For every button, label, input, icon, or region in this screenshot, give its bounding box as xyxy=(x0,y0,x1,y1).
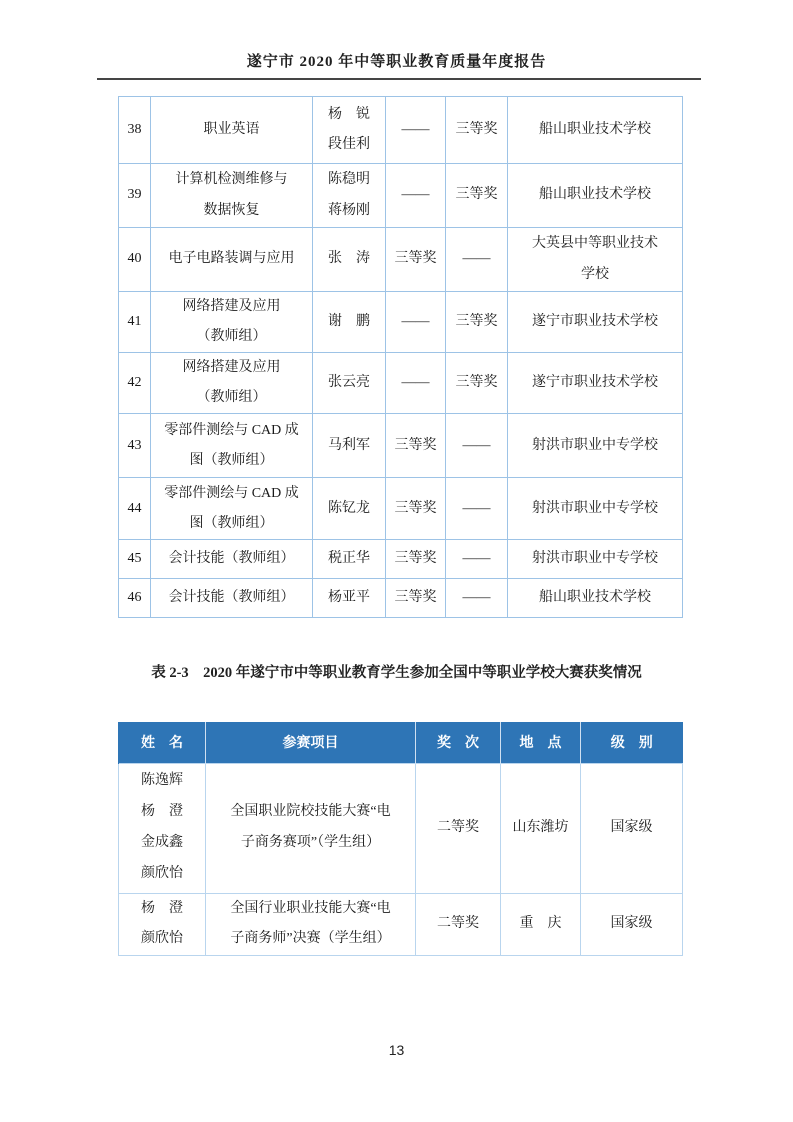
school-cell: 船山职业技术学校 xyxy=(508,579,683,618)
school-cell: 射洪市职业中专学校 xyxy=(508,414,683,478)
event-cell: 职业英语 xyxy=(151,97,313,164)
award-a-cell: 三等奖 xyxy=(386,478,446,540)
name-cell: 陈稳明 蒋杨刚 xyxy=(313,164,386,228)
header-award: 奖 次 xyxy=(416,722,501,763)
name-cell: 谢 鹏 xyxy=(313,292,386,353)
name-cell: 张 涛 xyxy=(313,228,386,292)
table-caption: 表 2-3 2020 年遂宁市中等职业教育学生参加全国中等职业学校大赛获奖情况 xyxy=(0,661,793,682)
table-row: 45 会计技能（教师组） 税正华 三等奖 —— 射洪市职业中专学校 xyxy=(119,540,683,579)
school-cell: 遂宁市职业技术学校 xyxy=(508,353,683,414)
header-name: 姓 名 xyxy=(119,722,206,763)
names-cell: 陈逸辉 杨 澄 金成鑫 颜欣怡 xyxy=(119,763,206,893)
award-b-cell: 三等奖 xyxy=(446,97,508,164)
header-divider xyxy=(97,78,701,80)
school-cell: 船山职业技术学校 xyxy=(508,164,683,228)
award-a-cell: 三等奖 xyxy=(386,228,446,292)
award-a-cell: —— xyxy=(386,164,446,228)
name-cell: 税正华 xyxy=(313,540,386,579)
award-a-cell: 三等奖 xyxy=(386,540,446,579)
row-number-cell: 41 xyxy=(119,292,151,353)
row-number-cell: 39 xyxy=(119,164,151,228)
table-row: 46 会计技能（教师组） 杨亚平 三等奖 —— 船山职业技术学校 xyxy=(119,579,683,618)
event-cell: 会计技能（教师组） xyxy=(151,540,313,579)
table-row: 38 职业英语 杨 锐 段佳利 —— 三等奖 船山职业技术学校 xyxy=(119,97,683,164)
event-cell: 零部件测绘与 CAD 成 图（教师组） xyxy=(151,414,313,478)
place-cell: 山东潍坊 xyxy=(501,763,581,893)
table-row: 陈逸辉 杨 澄 金成鑫 颜欣怡 全国职业院校技能大赛“电 子商务赛项”（学生组）… xyxy=(119,763,683,893)
table-header-row: 姓 名 参赛项目 奖 次 地 点 级 别 xyxy=(119,722,683,763)
award-b-cell: —— xyxy=(446,540,508,579)
row-number-cell: 44 xyxy=(119,478,151,540)
name-cell: 杨 锐 段佳利 xyxy=(313,97,386,164)
award-cell: 二等奖 xyxy=(416,763,501,893)
school-cell: 射洪市职业中专学校 xyxy=(508,540,683,579)
provincial-award-table: 38 职业英语 杨 锐 段佳利 —— 三等奖 船山职业技术学校 39 计算机检测… xyxy=(118,96,683,618)
table-row: 39 计算机检测维修与 数据恢复 陈稳明 蒋杨刚 —— 三等奖 船山职业技术学校 xyxy=(119,164,683,228)
school-cell: 大英县中等职业技术 学校 xyxy=(508,228,683,292)
event-cell: 全国行业职业技能大赛“电 子商务师”决赛（学生组） xyxy=(206,893,416,956)
event-cell: 电子电路装调与应用 xyxy=(151,228,313,292)
table-row: 40 电子电路装调与应用 张 涛 三等奖 —— 大英县中等职业技术 学校 xyxy=(119,228,683,292)
table-row: 43 零部件测绘与 CAD 成 图（教师组） 马利军 三等奖 —— 射洪市职业中… xyxy=(119,414,683,478)
row-number-cell: 42 xyxy=(119,353,151,414)
award-cell: 二等奖 xyxy=(416,893,501,956)
name-cell: 陈钇龙 xyxy=(313,478,386,540)
award-b-cell: —— xyxy=(446,414,508,478)
award-b-cell: 三等奖 xyxy=(446,164,508,228)
header-event: 参赛项目 xyxy=(206,722,416,763)
award-b-cell: —— xyxy=(446,579,508,618)
name-cell: 杨亚平 xyxy=(313,579,386,618)
name-cell: 张云亮 xyxy=(313,353,386,414)
event-cell: 计算机检测维修与 数据恢复 xyxy=(151,164,313,228)
event-cell: 会计技能（教师组） xyxy=(151,579,313,618)
row-number-cell: 40 xyxy=(119,228,151,292)
row-number-cell: 38 xyxy=(119,97,151,164)
award-a-cell: —— xyxy=(386,353,446,414)
school-cell: 遂宁市职业技术学校 xyxy=(508,292,683,353)
award-b-cell: 三等奖 xyxy=(446,292,508,353)
level-cell: 国家级 xyxy=(581,763,683,893)
event-cell: 网络搭建及应用 （教师组） xyxy=(151,353,313,414)
table-row: 41 网络搭建及应用 （教师组） 谢 鹏 —— 三等奖 遂宁市职业技术学校 xyxy=(119,292,683,353)
event-cell: 网络搭建及应用 （教师组） xyxy=(151,292,313,353)
award-b-cell: 三等奖 xyxy=(446,353,508,414)
document-header-title: 遂宁市 2020 年中等职业教育质量年度报告 xyxy=(0,50,793,71)
level-cell: 国家级 xyxy=(581,893,683,956)
header-place: 地 点 xyxy=(501,722,581,763)
row-number-cell: 43 xyxy=(119,414,151,478)
award-b-cell: —— xyxy=(446,228,508,292)
header-level: 级 别 xyxy=(581,722,683,763)
table-row: 44 零部件测绘与 CAD 成 图（教师组） 陈钇龙 三等奖 —— 射洪市职业中… xyxy=(119,478,683,540)
award-a-cell: —— xyxy=(386,97,446,164)
award-b-cell: —— xyxy=(446,478,508,540)
award-a-cell: —— xyxy=(386,292,446,353)
name-cell: 马利军 xyxy=(313,414,386,478)
national-competition-table: 姓 名 参赛项目 奖 次 地 点 级 别 陈逸辉 杨 澄 金成鑫 颜欣怡 全国职… xyxy=(118,722,683,956)
award-a-cell: 三等奖 xyxy=(386,579,446,618)
event-cell: 全国职业院校技能大赛“电 子商务赛项”（学生组） xyxy=(206,763,416,893)
names-cell: 杨 澄 颜欣怡 xyxy=(119,893,206,956)
place-cell: 重 庆 xyxy=(501,893,581,956)
row-number-cell: 45 xyxy=(119,540,151,579)
school-cell: 船山职业技术学校 xyxy=(508,97,683,164)
table-row: 42 网络搭建及应用 （教师组） 张云亮 —— 三等奖 遂宁市职业技术学校 xyxy=(119,353,683,414)
school-cell: 射洪市职业中专学校 xyxy=(508,478,683,540)
page-number: 13 xyxy=(0,1042,793,1058)
row-number-cell: 46 xyxy=(119,579,151,618)
table-row: 杨 澄 颜欣怡 全国行业职业技能大赛“电 子商务师”决赛（学生组） 二等奖 重 … xyxy=(119,893,683,956)
document-page: 遂宁市 2020 年中等职业教育质量年度报告 38 职业英语 杨 锐 段佳利 —… xyxy=(0,0,793,1122)
event-cell: 零部件测绘与 CAD 成 图（教师组） xyxy=(151,478,313,540)
award-a-cell: 三等奖 xyxy=(386,414,446,478)
